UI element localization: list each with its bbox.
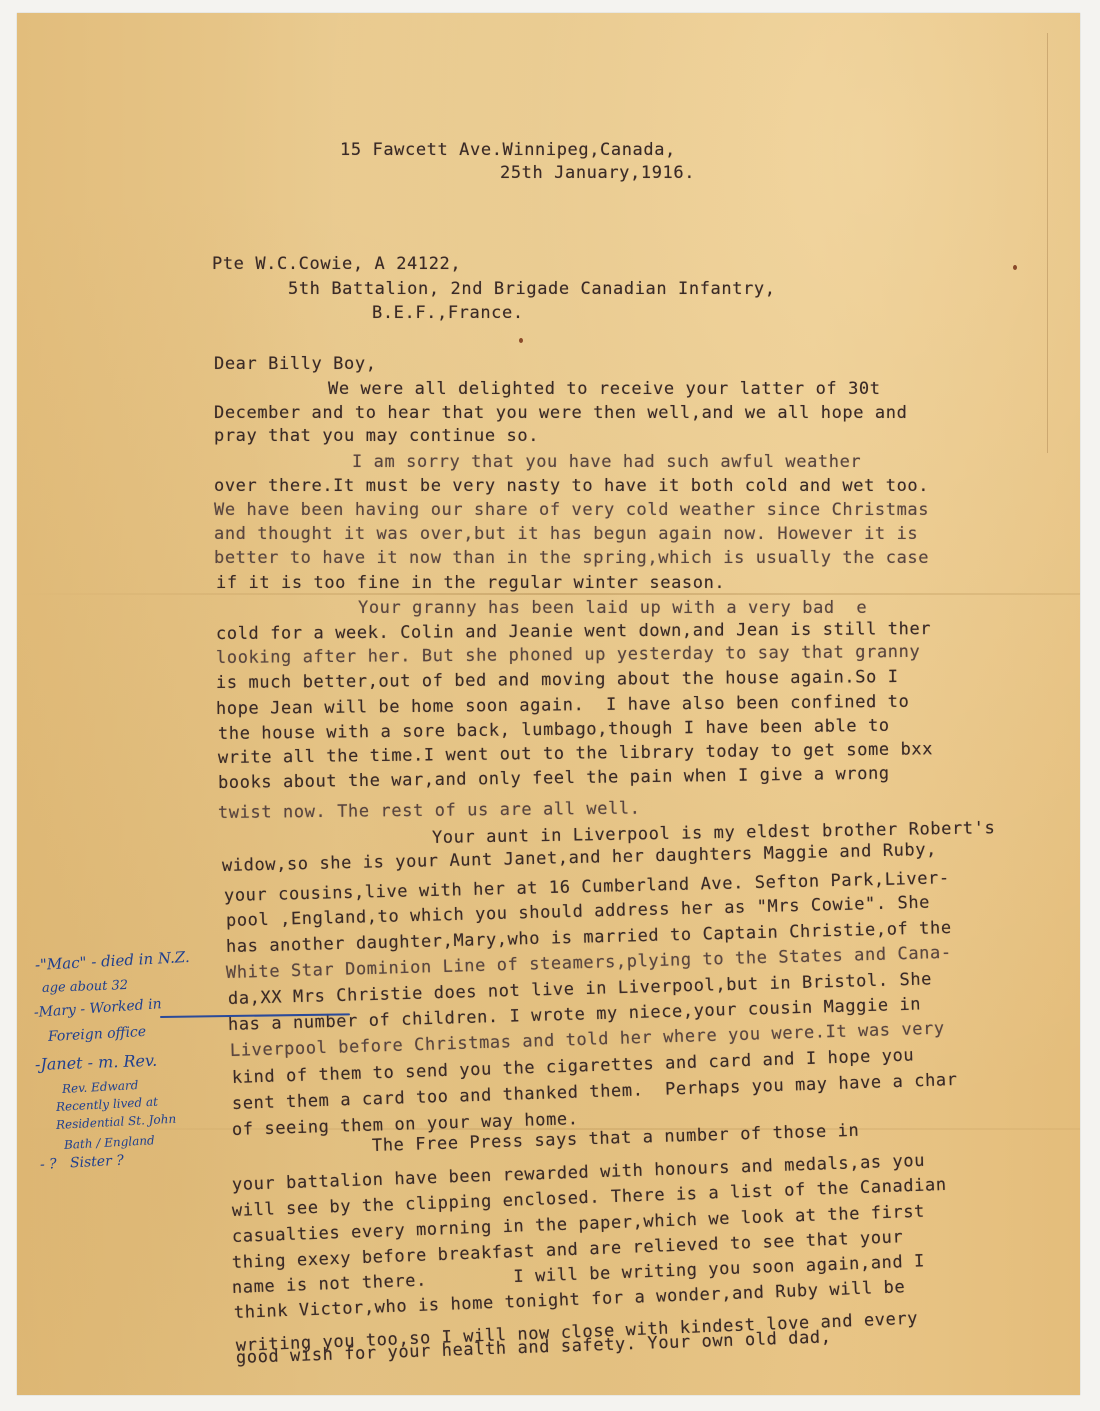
handwritten-note: age about 32 [42, 979, 128, 995]
letter-date: 25th January,1916. [500, 165, 695, 182]
handwritten-note: -Janet - m. Rev. [35, 1053, 158, 1073]
body-line: We were all delighted to receive your la… [328, 381, 881, 398]
body-line: Your granny has been laid up with a very… [358, 600, 867, 617]
body-line: December and to hear that you were then … [214, 405, 907, 422]
body-line: if it is too fine in the regular winter … [216, 575, 725, 592]
paper-edge-crease [1047, 33, 1048, 453]
handwritten-note: Rev. Edward [62, 1079, 139, 1095]
body-line: and thought it was over,but it has begun… [214, 526, 918, 543]
body-line: We have been having our share of very co… [214, 502, 929, 519]
body-line: I am sorry that you have had such awful … [352, 454, 861, 471]
ink-speck [519, 338, 523, 343]
sender-address-line1: 15 Fawcett Ave.Winnipeg,Canada, [340, 142, 676, 159]
handwritten-note: - ? Sister ? [40, 1154, 124, 1172]
body-line: better to have it now than in the spring… [214, 550, 929, 567]
body-line: over there.It must be very nasty to have… [214, 478, 929, 495]
recipient-name: Pte W.C.Cowie, A 24122, [212, 256, 461, 273]
paper-fold-line [17, 593, 1080, 595]
body-line: pray that you may continue so. [214, 428, 539, 445]
body-line: cold for a week. Colin and Jeanie went d… [216, 621, 931, 643]
recipient-location: B.E.F.,France. [372, 305, 524, 322]
body-line: twist now. The rest of us are all well. [218, 801, 641, 822]
recipient-unit: 5th Battalion, 2nd Brigade Canadian Infa… [288, 281, 776, 298]
ink-speck [1013, 265, 1017, 270]
salutation: Dear Billy Boy, [214, 356, 377, 373]
